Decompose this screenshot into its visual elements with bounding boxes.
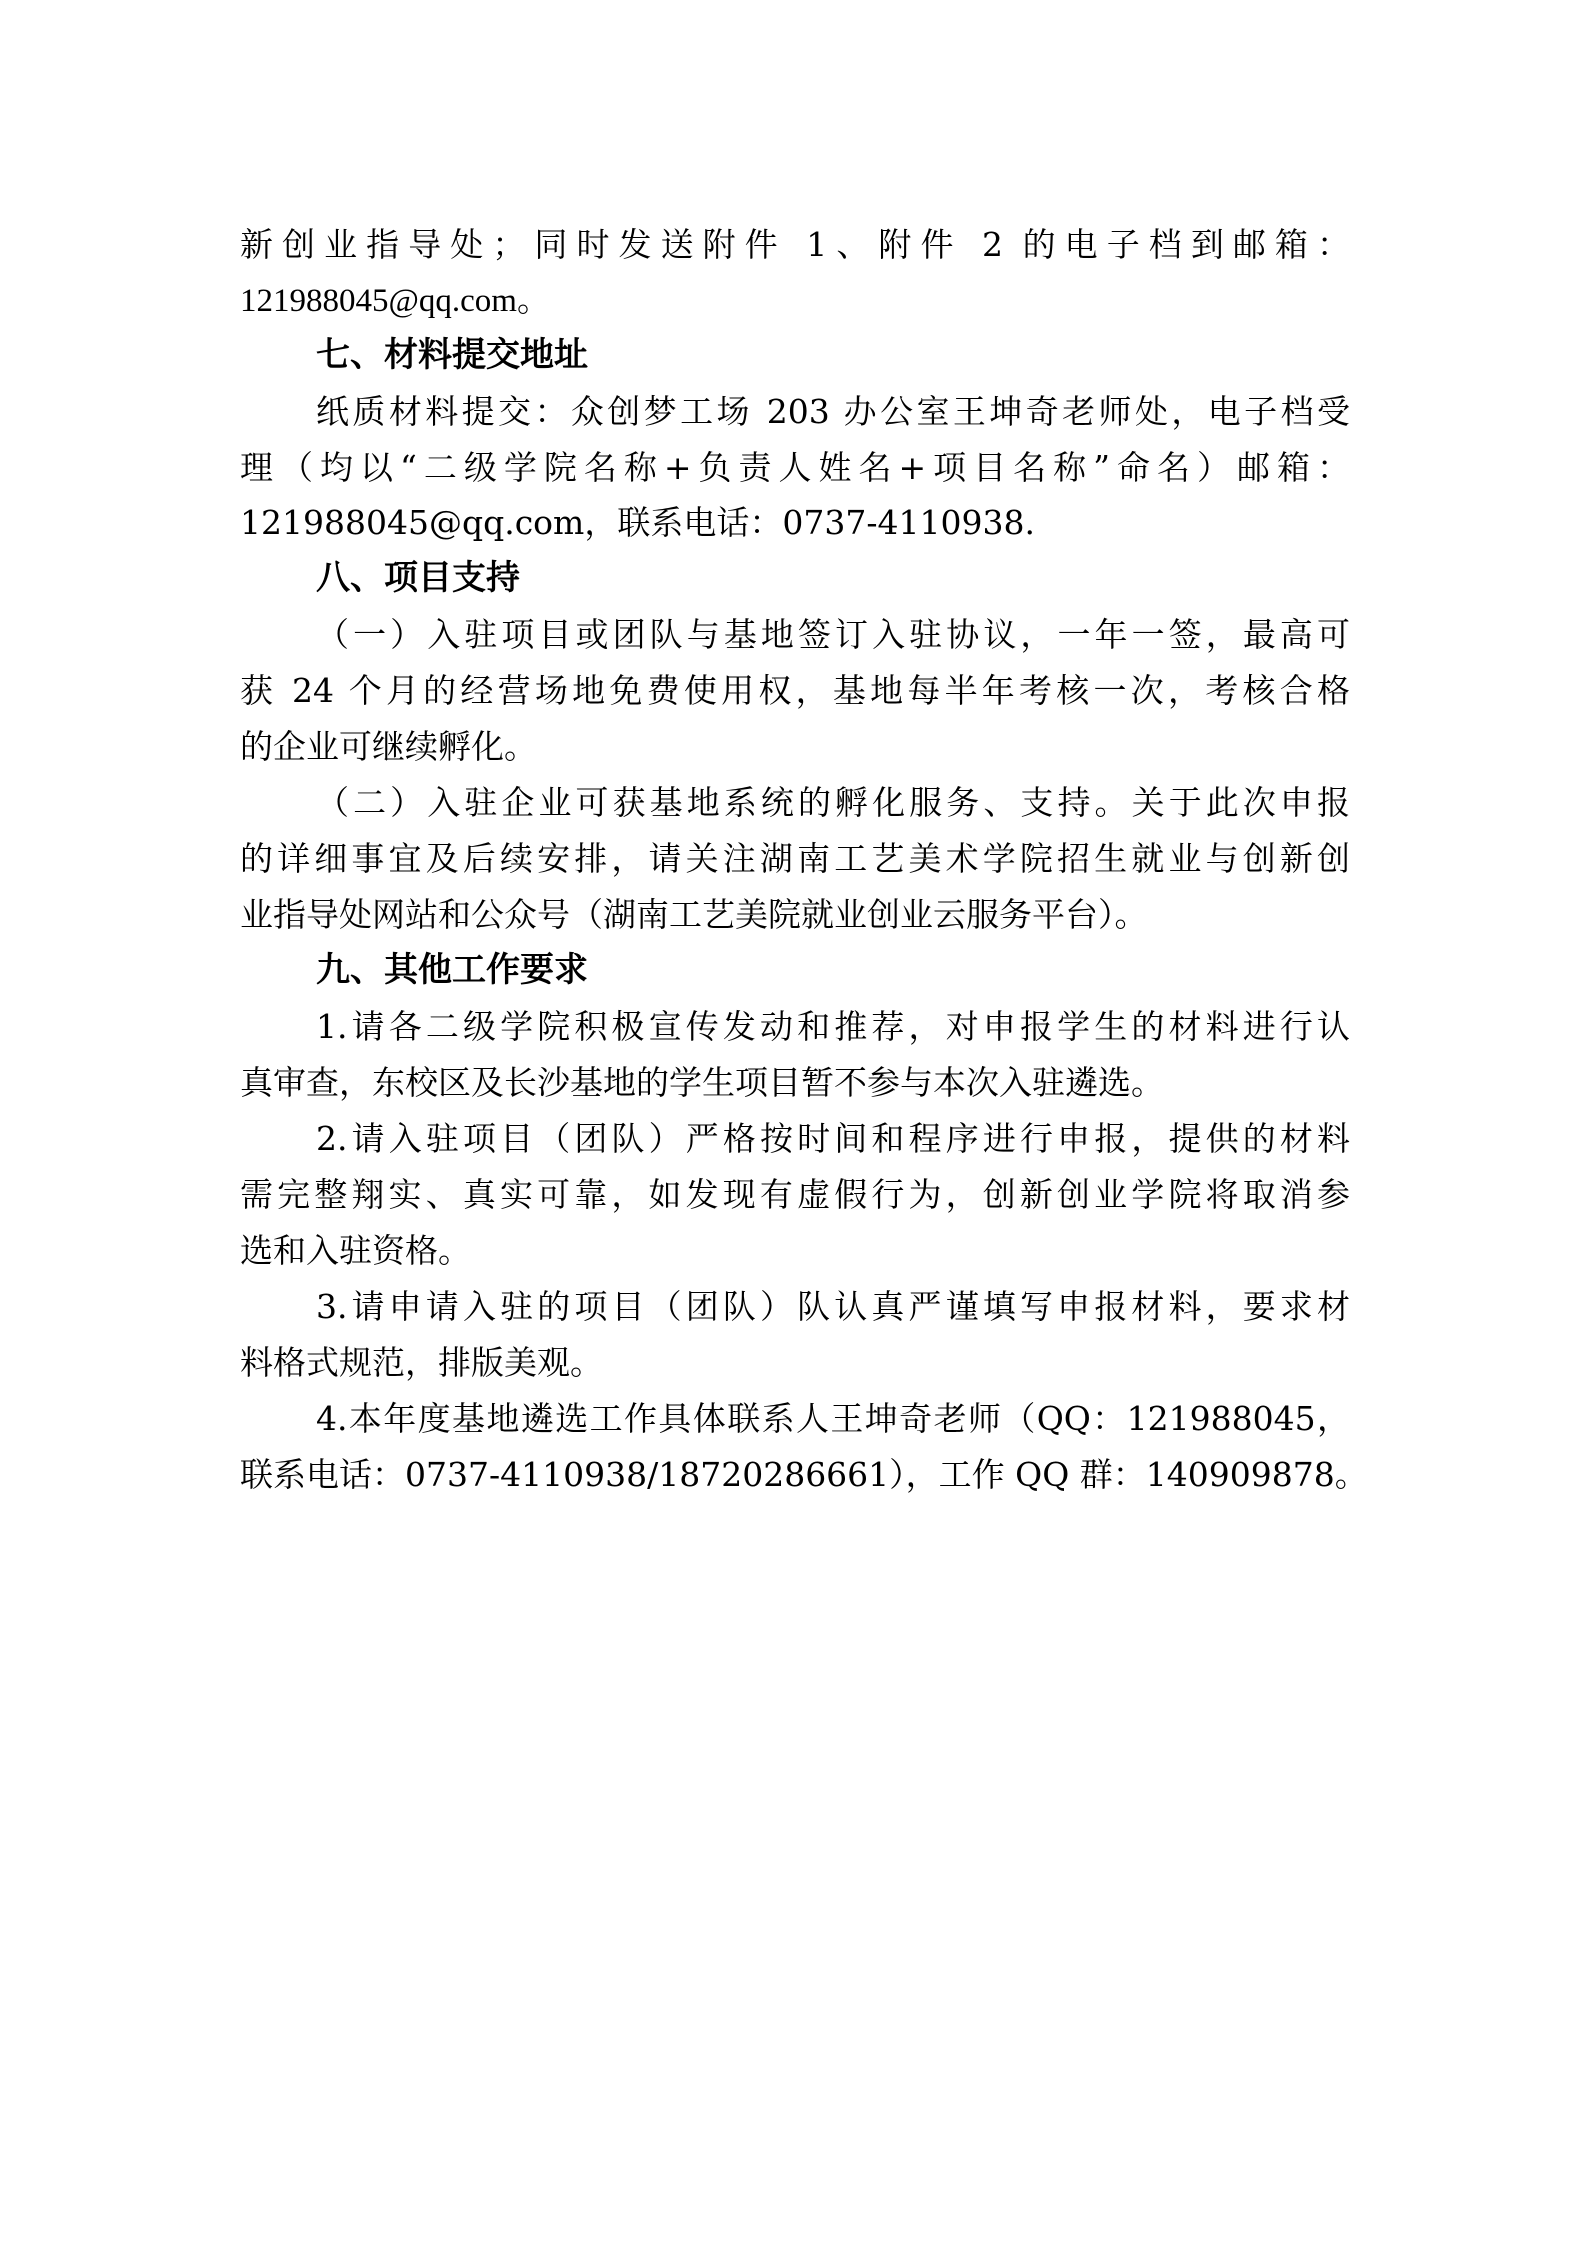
email-text-line: 121988045@qq.com。 (240, 281, 1350, 321)
body-text-line: 的企业可继续孵化。 (240, 727, 1350, 767)
contact-text-line: 121988045@qq.com，联系电话：0737-4110938. (240, 503, 1350, 543)
body-text-line: 理（均以“二级学院名称+负责人姓名+项目名称”命名）邮箱： (240, 448, 1350, 488)
body-text-line: 4.本年度基地遴选工作具体联系人王坤奇老师（QQ：121988045， (316, 1399, 1350, 1439)
body-text-line: 获 24 个月的经营场地免费使用权，基地每半年考核一次，考核合格 (240, 671, 1350, 711)
body-text-line: 真审查，东校区及长沙基地的学生项目暂不参与本次入驻遴选。 (240, 1063, 1350, 1103)
body-text-line: 3.请申请入驻的项目（团队）队认真严谨填写申报材料，要求材 (316, 1287, 1350, 1327)
body-text-line: 纸质材料提交：众创梦工场 203 办公室王坤奇老师处，电子档受 (316, 392, 1350, 432)
body-text-line: 新创业指导处；同时发送附件 1、附件 2 的电子档到邮箱： (240, 225, 1350, 265)
section-heading-9: 九、其他工作要求 (316, 950, 1350, 990)
body-text-line: （一）入驻项目或团队与基地签订入驻协议，一年一签，最高可 (316, 615, 1350, 655)
section-heading-8: 八、项目支持 (316, 558, 1350, 598)
section-heading-7: 七、材料提交地址 (316, 335, 1350, 375)
body-text-line: 1.请各二级学院积极宣传发动和推荐，对申报学生的材料进行认 (316, 1007, 1350, 1047)
document-page: 新创业指导处；同时发送附件 1、附件 2 的电子档到邮箱： 121988045@… (0, 0, 1587, 2245)
body-text-line: （二）入驻企业可获基地系统的孵化服务、支持。关于此次申报 (316, 783, 1350, 823)
body-text-line: 的详细事宜及后续安排，请关注湖南工艺美术学院招生就业与创新创 (240, 839, 1350, 879)
body-text-line: 料格式规范，排版美观。 (240, 1343, 1350, 1383)
body-text-line: 2.请入驻项目（团队）严格按时间和程序进行申报，提供的材料 (316, 1119, 1350, 1159)
body-text-line: 选和入驻资格。 (240, 1231, 1350, 1271)
body-text-line: 联系电话：0737-4110938/18720286661），工作 QQ 群：1… (240, 1455, 1350, 1495)
body-text-line: 需完整翔实、真实可靠，如发现有虚假行为，创新创业学院将取消参 (240, 1175, 1350, 1215)
body-text-line: 业指导处网站和公众号（湖南工艺美院就业创业云服务平台）。 (240, 895, 1350, 935)
